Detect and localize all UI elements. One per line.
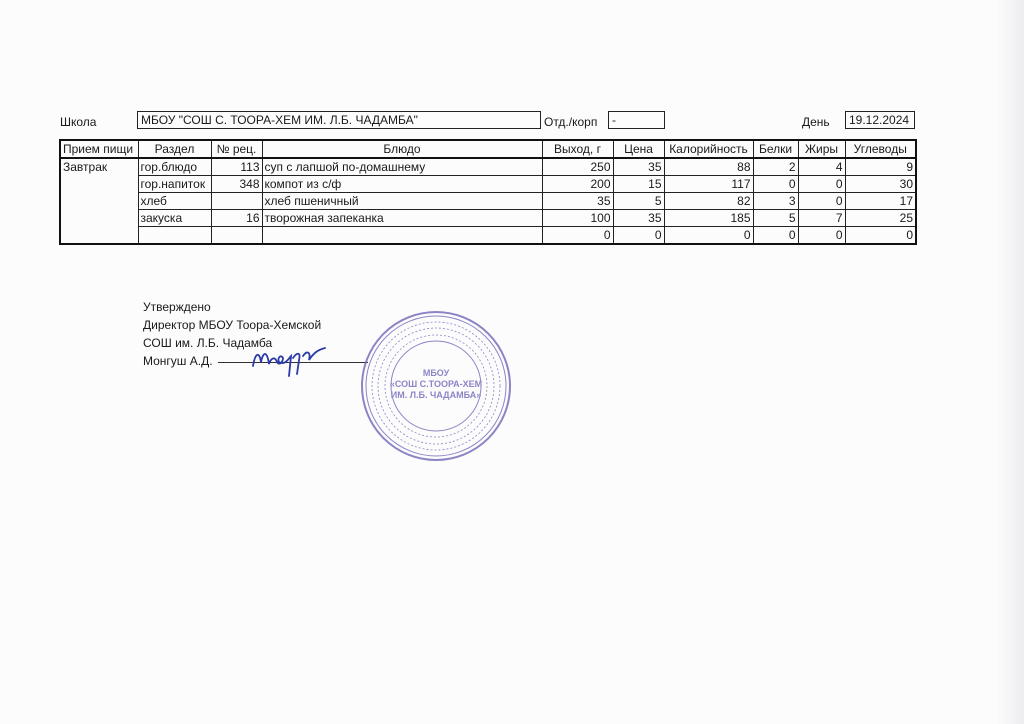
table-row: хлебхлеб пшеничный355823017	[60, 193, 916, 210]
cell-protein: 0	[753, 227, 798, 245]
cell-calories: 117	[664, 176, 753, 193]
cell-section: закуска	[138, 210, 211, 227]
cell-dish	[262, 227, 542, 245]
cell-fat: 0	[798, 193, 845, 210]
col-carbs: Углеводы	[845, 140, 916, 158]
menu-table: Прием пищи Раздел № рец. Блюдо Выход, г …	[59, 139, 917, 245]
cell-fat: 7	[798, 210, 845, 227]
cell-meal: Завтрак	[60, 158, 138, 244]
day-field: 19.12.2024	[845, 111, 915, 129]
school-label: Школа	[60, 115, 96, 129]
approval-title: Утверждено	[143, 298, 321, 316]
cell-price: 0	[613, 227, 664, 245]
cell-protein: 3	[753, 193, 798, 210]
svg-text:ИМ. Л.Б. ЧАДАМБА»: ИМ. Л.Б. ЧАДАМБА»	[391, 390, 481, 400]
cell-weight: 200	[542, 176, 613, 193]
col-fat: Жиры	[798, 140, 845, 158]
school-field: МБОУ "СОШ С. ТООРА-ХЕМ ИМ. Л.Б. ЧАДАМБА"	[137, 111, 541, 129]
col-recipe: № рец.	[211, 140, 262, 158]
cell-recipe: 348	[211, 176, 262, 193]
cell-protein: 0	[753, 176, 798, 193]
approval-position: Директор МБОУ Тоора-Хемской	[143, 316, 321, 334]
cell-carbs: 17	[845, 193, 916, 210]
table-row: 000000	[60, 227, 916, 245]
col-weight: Выход, г	[542, 140, 613, 158]
cell-price: 15	[613, 176, 664, 193]
cell-dish: компот из с/ф	[262, 176, 542, 193]
cell-calories: 88	[664, 158, 753, 176]
table-row: Завтракгор.блюдо113суп с лапшой по-домаш…	[60, 158, 916, 176]
school-stamp-icon: МБОУ «СОШ С.ТООРА-ХЕМ ИМ. Л.Б. ЧАДАМБА»	[346, 308, 526, 468]
day-label: День	[802, 115, 830, 129]
cell-carbs: 9	[845, 158, 916, 176]
dept-label: Отд./корп	[544, 115, 597, 129]
cell-weight: 0	[542, 227, 613, 245]
col-meal: Прием пищи	[60, 140, 138, 158]
cell-carbs: 25	[845, 210, 916, 227]
cell-section: гор.напиток	[138, 176, 211, 193]
cell-recipe: 16	[211, 210, 262, 227]
dept-field: -	[608, 111, 665, 129]
cell-dish: творожная запеканка	[262, 210, 542, 227]
cell-calories: 82	[664, 193, 753, 210]
cell-fat: 0	[798, 176, 845, 193]
table-row: гор.напиток348компот из с/ф200151170030	[60, 176, 916, 193]
cell-weight: 100	[542, 210, 613, 227]
col-price: Цена	[613, 140, 664, 158]
col-dish: Блюдо	[262, 140, 542, 158]
cell-section: хлеб	[138, 193, 211, 210]
cell-carbs: 30	[845, 176, 916, 193]
cell-weight: 250	[542, 158, 613, 176]
col-protein: Белки	[753, 140, 798, 158]
cell-price: 35	[613, 210, 664, 227]
cell-recipe	[211, 227, 262, 245]
cell-calories: 0	[664, 227, 753, 245]
cell-dish: суп с лапшой по-домашнему	[262, 158, 542, 176]
signature-icon	[245, 340, 335, 380]
cell-price: 5	[613, 193, 664, 210]
cell-dish: хлеб пшеничный	[262, 193, 542, 210]
cell-fat: 4	[798, 158, 845, 176]
cell-protein: 2	[753, 158, 798, 176]
cell-protein: 5	[753, 210, 798, 227]
cell-carbs: 0	[845, 227, 916, 245]
table-row: закуска16творожная запеканка100351855725	[60, 210, 916, 227]
svg-text:МБОУ: МБОУ	[423, 368, 450, 378]
cell-recipe	[211, 193, 262, 210]
cell-fat: 0	[798, 227, 845, 245]
cell-section: гор.блюдо	[138, 158, 211, 176]
cell-weight: 35	[542, 193, 613, 210]
cell-calories: 185	[664, 210, 753, 227]
col-section: Раздел	[138, 140, 211, 158]
cell-section	[138, 227, 211, 245]
cell-price: 35	[613, 158, 664, 176]
svg-text:«СОШ С.ТООРА-ХЕМ: «СОШ С.ТООРА-ХЕМ	[390, 379, 482, 389]
col-calories: Калорийность	[664, 140, 753, 158]
table-header-row: Прием пищи Раздел № рец. Блюдо Выход, г …	[60, 140, 916, 158]
cell-recipe: 113	[211, 158, 262, 176]
scan-edge-shadow	[996, 0, 1024, 724]
